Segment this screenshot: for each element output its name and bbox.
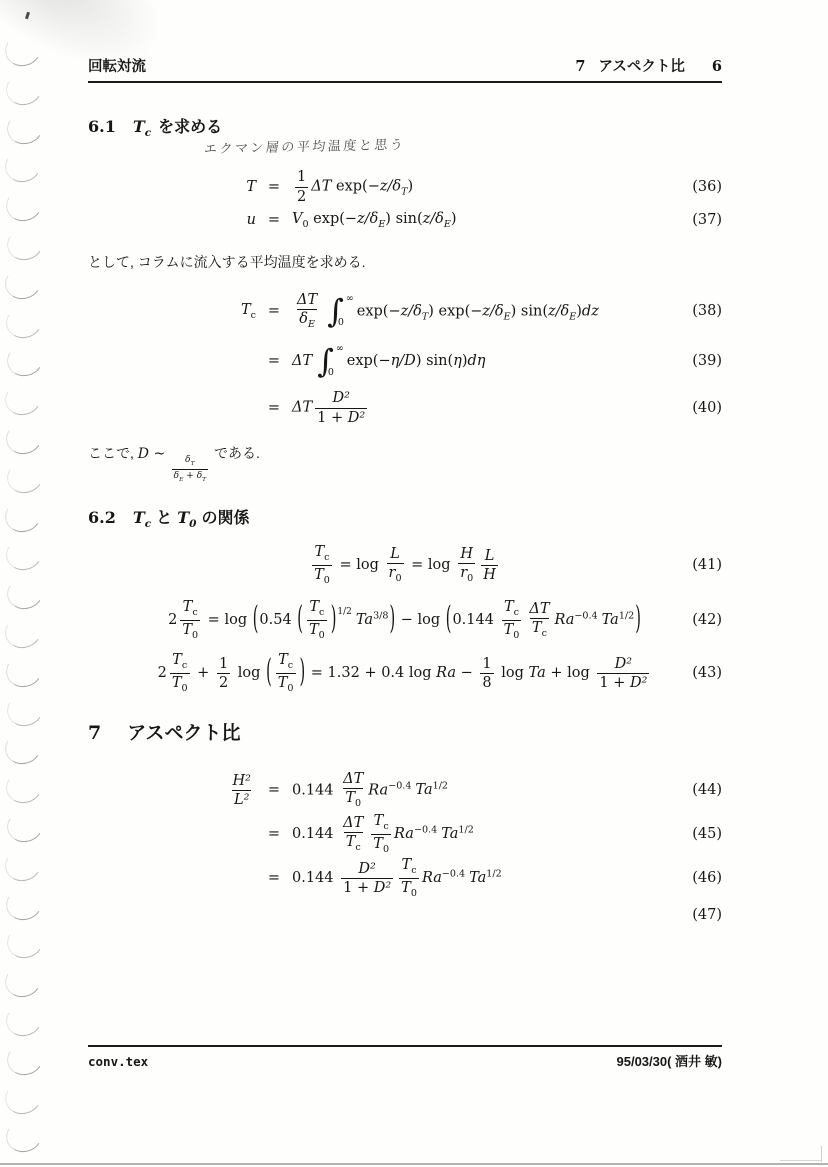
math-subscript: c — [192, 607, 197, 618]
math-token: Ra — [394, 826, 414, 842]
fraction: D²1 + D² — [597, 656, 649, 691]
math-token: T — [401, 880, 411, 896]
frac-numerator: Tc — [181, 599, 200, 620]
frac-numerator: ΔT — [341, 815, 365, 832]
frac-numerator: ΔT — [527, 601, 551, 618]
fraction: D²1 + D² — [315, 390, 367, 425]
frac-numerator: D² — [613, 656, 634, 673]
math-token: Tc — [133, 508, 151, 530]
math-token: exp(− — [331, 179, 379, 195]
header-rule — [88, 81, 722, 83]
math-token: = log — [203, 612, 252, 628]
math-superscript: −0.4 — [574, 610, 597, 621]
fraction: TcT0 — [180, 599, 200, 641]
frac-numerator: 1 — [295, 169, 308, 186]
binding-hole — [2, 379, 45, 419]
scan-bottom-edge — [0, 1163, 828, 1165]
math-subscript: T — [191, 460, 195, 467]
binding-hole — [4, 923, 47, 963]
binding-hole — [2, 147, 45, 187]
math-token: T — [373, 836, 383, 852]
math-token: T — [133, 117, 145, 136]
math-token: ) — [408, 179, 414, 195]
math-subscript: 0 — [324, 575, 330, 586]
equation-number: (42) — [692, 611, 722, 629]
equation-number: (47) — [692, 906, 722, 924]
math-token: 1 + — [599, 675, 630, 691]
equation-rhs: ΔTδE∫∞0exp(−z/δT) exp(−z/δE) sin(z/δE)dz — [292, 292, 599, 331]
binding-hole — [4, 224, 47, 264]
math-token: T — [345, 790, 355, 806]
math-superscript: −0.4 — [414, 824, 437, 835]
fraction: 18 — [480, 656, 493, 691]
math-subscript: 0 — [181, 683, 187, 694]
binding-hole — [3, 1000, 46, 1040]
math-token: 2 — [158, 665, 167, 681]
equals-sign: = — [256, 781, 292, 799]
math-subscript: c — [145, 518, 151, 530]
math-token: 0.144 — [292, 782, 338, 798]
frac-numerator: D² — [356, 861, 377, 878]
equation-41: TcT0 = log Lr0 = log Hr0LH (41) — [88, 544, 722, 586]
math-subscript: c — [355, 842, 360, 853]
math-subscript: c — [383, 821, 388, 832]
math-subscript: c — [288, 660, 293, 671]
equation-number: (40) — [692, 399, 722, 417]
binding-hole — [4, 806, 47, 846]
math-token: T — [278, 652, 288, 668]
math-token: Ta — [415, 782, 432, 798]
equation-39: =ΔT∫∞0exp(−η/D) sin(η)dη (39) — [88, 337, 722, 385]
equation-45: =0.144 ΔTTcTcT0Ra−0.4Ta1/2 (45) — [88, 813, 722, 855]
frac-denominator: T0 — [180, 620, 200, 642]
equals-sign: = — [256, 825, 292, 843]
math-subscript: 0 — [467, 573, 473, 584]
math-token: + — [183, 471, 196, 481]
binding-hole — [4, 690, 47, 730]
equation-42: 2TcT0 = log (0.54 (TcT0)1/2Ta3/8) − log … — [88, 592, 722, 648]
paragraph: ここで, D ~ δTδE + δT である. — [88, 443, 722, 483]
math-token: T — [133, 508, 145, 527]
math-token: T — [374, 813, 384, 829]
header-right: 7アスペクト比6 — [575, 55, 722, 76]
equals-sign: = — [256, 352, 292, 370]
math-token: + log — [546, 665, 595, 681]
equals-sign: = — [256, 399, 292, 417]
frac-denominator: T0 — [502, 620, 522, 642]
frac-numerator: L — [388, 546, 402, 563]
math-token: dη — [468, 353, 486, 369]
equation-44: H²L²=0.144 ΔTT0Ra−0.4Ta1/2 (44) — [88, 767, 722, 813]
math-token: 0.54 — [259, 612, 296, 628]
frac-numerator: Tc — [372, 813, 391, 834]
math-token: T — [172, 652, 182, 668]
math-token: ΔT — [311, 179, 331, 195]
math-subscript: E — [504, 311, 511, 322]
integral-lower-limit: 0 — [338, 317, 354, 329]
frac-denominator: 1 + D² — [341, 878, 393, 896]
section-heading-7: 7アスペクト比 — [88, 718, 722, 745]
math-subscript: c — [514, 607, 519, 618]
math-token: u — [247, 212, 256, 228]
math-subscript: c — [145, 127, 151, 139]
frac-denominator: 1 + D² — [315, 408, 367, 426]
math-token: T — [309, 622, 319, 638]
fraction: δTδE + δT — [172, 455, 208, 483]
math-token: D² — [348, 410, 365, 426]
math-token: T — [309, 599, 319, 615]
binding-hole — [2, 1078, 45, 1118]
integral-upper-limit: ∞ — [336, 343, 344, 355]
math-superscript: 1/2 — [458, 824, 473, 835]
frac-numerator: D² — [330, 390, 351, 407]
math-subscript: E — [308, 319, 315, 330]
fraction: TcT0 — [399, 857, 419, 899]
math-token: log — [497, 665, 529, 681]
fraction: TcT0 — [502, 599, 522, 641]
equation-number: (44) — [692, 781, 722, 799]
math-subscript: 0 — [192, 630, 198, 641]
math-token: ) — [451, 211, 457, 227]
frac-denominator: 2 — [295, 187, 308, 205]
equation-rhs: 12ΔT exp(−z/δT) — [292, 169, 413, 204]
equation-rhs: V0 exp(−z/δE) sin(z/δE) — [292, 210, 457, 231]
section-heading-6-2: 6.2TcとT0の関係 — [88, 505, 722, 530]
math-token: Ra — [422, 870, 442, 886]
frac-numerator: ΔT — [295, 292, 319, 309]
math-token: 1 + — [343, 880, 374, 896]
integral-limits: ∞0 — [344, 293, 354, 329]
fraction: TcT0 — [170, 652, 190, 694]
equation-37: u=V0 exp(−z/δE) sin(z/δE) (37) — [88, 205, 722, 235]
footer-filename: conv.tex — [88, 1054, 148, 1069]
binding-hole — [3, 651, 46, 691]
frac-denominator: T0 — [399, 878, 419, 900]
math-token: ) exp(− — [428, 303, 482, 319]
frac-numerator: δT — [183, 455, 196, 468]
frac-denominator: r0 — [458, 563, 475, 585]
math-token: ) sin( — [511, 303, 548, 319]
binding-hole — [3, 884, 46, 924]
math-token: Tc — [133, 117, 151, 139]
integral-upper-limit: ∞ — [346, 293, 354, 305]
frac-denominator: T0 — [170, 673, 190, 695]
frac-denominator: 2 — [217, 673, 230, 691]
math-token: ΔT — [292, 400, 312, 416]
math-token: z/δ — [401, 303, 422, 319]
math-token: Ta — [529, 665, 546, 681]
equation-rhs: 0.144 ΔTTcTcT0Ra−0.4Ta1/2 — [292, 813, 474, 855]
fraction: 12 — [295, 169, 308, 204]
math-subscript: 0 — [319, 630, 325, 641]
binding-hole — [3, 767, 46, 807]
big-paren: ( — [266, 653, 272, 693]
math-subscript: c — [182, 660, 187, 671]
math-token: T — [278, 675, 288, 691]
fraction: TcT0 — [307, 599, 327, 641]
math-token: Ta — [441, 826, 458, 842]
frac-numerator: Tc — [276, 652, 295, 673]
math-token: D² — [374, 880, 391, 896]
frac-numerator: Tc — [307, 599, 326, 620]
equals-sign: = — [256, 869, 292, 887]
math-token: exp(− — [309, 211, 357, 227]
math-token: 1.32 + 0.4 log — [328, 665, 437, 681]
big-paren: ) — [300, 653, 306, 693]
equation-body: 2TcT0 = log (0.54 (TcT0)1/2Ta3/8) − log … — [168, 599, 642, 641]
math-token: T — [246, 179, 256, 195]
fraction: ΔTδE — [295, 292, 319, 331]
math-token: T — [183, 599, 193, 615]
footer-rule — [88, 1045, 722, 1047]
math-token: T — [402, 857, 412, 873]
math-token: D — [138, 446, 149, 462]
math-token: 0.144 — [292, 870, 338, 886]
binding-hole — [4, 108, 47, 148]
frac-numerator: 1 — [480, 656, 493, 673]
math-token: 0.144 — [452, 612, 498, 628]
binding-hole — [4, 1039, 47, 1079]
frac-denominator: H — [481, 565, 498, 583]
fraction: ΔTTc — [341, 815, 365, 854]
equation-lhs: u — [88, 211, 256, 229]
binding-hole — [3, 418, 46, 458]
math-subscript: c — [411, 865, 416, 876]
equation-number: (45) — [692, 825, 722, 843]
math-token: ) sin( — [385, 211, 422, 227]
text-run: ここで, — [88, 445, 138, 461]
fraction: ΔTT0 — [341, 771, 365, 810]
math-superscript: −0.4 — [442, 868, 465, 879]
math-token: ) sin( — [416, 353, 453, 369]
integral: ∫∞0 — [317, 343, 344, 379]
frac-denominator: δE — [297, 309, 317, 331]
frac-denominator: T0 — [371, 834, 391, 856]
fraction: Hr0 — [458, 546, 475, 585]
fraction: TcT0 — [371, 813, 391, 855]
math-token: T — [532, 620, 542, 636]
math-token: η/D — [391, 353, 416, 369]
binding-hole — [2, 961, 45, 1001]
math-subscript: E — [444, 219, 451, 230]
fraction: H²L² — [231, 773, 253, 808]
big-paren: ) — [635, 600, 641, 640]
handwritten-annotation: エクマン層の平均温度と思う — [203, 134, 406, 158]
section-number: 6.2 — [88, 508, 116, 527]
equation-number: (46) — [692, 869, 722, 887]
frac-numerator: L — [483, 548, 497, 565]
section-title-text: の関係 — [201, 505, 249, 528]
section-title-text: と — [156, 505, 172, 528]
equation-body: 2TcT0 + 12 log (TcT0) = 1.32 + 0.4 log R… — [158, 652, 653, 694]
math-token: T — [504, 599, 514, 615]
math-token: Ra — [368, 782, 388, 798]
frac-denominator: T0 — [276, 673, 296, 695]
equation-number: (39) — [692, 352, 722, 370]
equation-lhs: H²L² — [88, 773, 256, 808]
section-title-text: アスペクト比 — [127, 718, 240, 745]
math-superscript: 1/2 — [486, 868, 501, 879]
math-token: z/δ — [380, 179, 401, 195]
math-token: − log — [396, 612, 445, 628]
frac-numerator: H² — [231, 773, 253, 790]
math-token: = log — [407, 557, 456, 573]
paragraph: として, コラムに流入する平均温度を求める. — [88, 252, 722, 273]
big-paren: ) — [331, 600, 337, 640]
math-subscript: c — [319, 607, 324, 618]
frac-denominator: L² — [232, 790, 251, 808]
frac-numerator: Tc — [312, 544, 331, 565]
math-subscript: 0 — [355, 798, 361, 809]
equation-43: 2TcT0 + 12 log (TcT0) = 1.32 + 0.4 log R… — [88, 648, 722, 698]
math-token: 1 + — [317, 410, 348, 426]
math-token: 0.144 — [292, 826, 338, 842]
math-token: exp(− — [347, 353, 391, 369]
math-token: V — [292, 211, 302, 227]
math-superscript: 1/2 — [433, 780, 448, 791]
binding-hole — [4, 573, 47, 613]
math-superscript: 3/8 — [373, 610, 388, 621]
math-token: z/δ — [482, 303, 503, 319]
fraction: TcT0 — [276, 652, 296, 694]
math-token: T — [504, 622, 514, 638]
big-paren: ( — [446, 600, 452, 640]
big-paren: ) — [389, 600, 395, 640]
section-title-text: を求める — [158, 114, 222, 137]
math-token: z/δ — [423, 211, 444, 227]
header-section-title: アスペクト比 — [598, 55, 684, 76]
equation-number: (43) — [692, 664, 722, 682]
math-subscript: 0 — [411, 888, 417, 899]
fraction: Lr0 — [387, 546, 404, 585]
equation-rhs: 0.144 ΔTT0Ra−0.4Ta1/2 — [292, 771, 448, 810]
math-superscript: 1/2 — [337, 607, 351, 617]
frac-denominator: Tc — [344, 832, 363, 854]
math-subscript: 0 — [395, 573, 401, 584]
equation-40: =ΔTD²1 + D² (40) — [88, 385, 722, 431]
equation-number: (41) — [692, 556, 722, 574]
math-token: exp(− — [357, 303, 401, 319]
math-token: T — [241, 302, 251, 318]
header-section-number: 7 — [575, 58, 585, 75]
frac-denominator: Tc — [530, 618, 549, 640]
section-number: 6.1 — [88, 117, 116, 136]
equation-number: (36) — [692, 178, 722, 196]
math-token: ΔT — [292, 353, 312, 369]
equation-47: (47) — [88, 901, 722, 929]
math-token: η — [453, 353, 462, 369]
math-superscript: 1/2 — [619, 610, 634, 621]
frac-denominator: T0 — [307, 620, 327, 642]
equation-36: T=12ΔT exp(−z/δT) (36) — [88, 169, 722, 205]
equation-number: (38) — [692, 302, 722, 320]
frac-denominator: 1 + D² — [597, 673, 649, 691]
binding-hole — [2, 845, 45, 885]
binding-hole — [3, 302, 46, 342]
equals-sign: = — [256, 211, 292, 229]
big-paren: ( — [297, 600, 303, 640]
binding-hole — [3, 1117, 46, 1157]
binding-holes — [0, 0, 60, 1167]
math-token: dz — [582, 303, 599, 319]
math-subscript: 0 — [287, 683, 293, 694]
frac-numerator: Tc — [170, 652, 189, 673]
fraction: D²1 + D² — [341, 861, 393, 896]
frac-numerator: Tc — [400, 857, 419, 878]
math-subscript: c — [324, 552, 329, 563]
frac-numerator: ΔT — [341, 771, 365, 788]
math-token: = log — [335, 557, 384, 573]
footer-row: conv.tex 95/03/30( 酒井 敏) — [88, 1051, 722, 1070]
integral-limits: ∞0 — [334, 343, 344, 379]
math-token: = — [306, 665, 327, 681]
math-token: Ta — [602, 612, 619, 628]
header-page-number: 6 — [712, 58, 722, 75]
section-number: 7 — [88, 722, 101, 744]
math-subscript: c — [542, 628, 547, 639]
math-token: log — [233, 665, 265, 681]
math-token: T0 — [177, 508, 196, 530]
math-superscript: −0.4 — [388, 780, 411, 791]
frac-numerator: H — [458, 546, 475, 563]
math-token: T — [177, 508, 189, 527]
fraction: 12 — [217, 656, 230, 691]
math-token: Ra — [555, 612, 575, 628]
frac-numerator: 1 — [217, 656, 230, 673]
math-token: Ra — [436, 665, 456, 681]
binding-hole — [2, 612, 45, 652]
frac-denominator: T0 — [343, 788, 363, 810]
math-token: T — [314, 567, 324, 583]
equals-sign: = — [256, 178, 292, 196]
integral: ∫∞0 — [327, 293, 354, 329]
binding-hole — [2, 496, 45, 536]
math-token: T — [182, 622, 192, 638]
footer-date-author: 95/03/30( 酒井 敏) — [617, 1051, 723, 1070]
equation-rhs: ΔTD²1 + D² — [292, 390, 370, 425]
equation-body: TcT0 = log Lr0 = log Hr0LH — [309, 544, 501, 586]
math-subscript: 0 — [513, 630, 519, 641]
math-token: Ta — [469, 870, 486, 886]
equation-rhs: 0.144 D²1 + D²TcT0Ra−0.4Ta1/2 — [292, 857, 502, 899]
frac-denominator: r0 — [387, 563, 404, 585]
equation-lhs: T — [88, 178, 256, 196]
math-subscript: 0 — [189, 518, 196, 530]
equation-rhs: ΔT∫∞0exp(−η/D) sin(η)dη — [292, 343, 486, 379]
binding-hole — [2, 30, 45, 70]
math-subscript: 0 — [383, 844, 389, 855]
math-token: − — [456, 665, 477, 681]
frac-denominator: T0 — [312, 565, 332, 587]
math-token: Ta — [356, 612, 373, 628]
binding-hole — [4, 457, 47, 497]
fraction: TcT0 — [312, 544, 332, 586]
fraction: LH — [481, 548, 498, 583]
integral-lower-limit: 0 — [328, 367, 344, 379]
text-run: である. — [210, 445, 260, 461]
equation-46: =0.144 D²1 + D²TcT0Ra−0.4Ta1/2 (46) — [88, 855, 722, 901]
page-footer: conv.tex 95/03/30( 酒井 敏) — [88, 1045, 722, 1070]
equation-lhs: Tc — [88, 301, 256, 322]
binding-hole — [3, 185, 46, 225]
math-token: + — [193, 665, 214, 681]
math-token: T — [346, 834, 356, 850]
big-paren: ( — [253, 600, 259, 640]
scanned-page: 回転対流 7アスペクト比6 6.1Tcを求める エクマン層の平均温度と思う T=… — [0, 0, 828, 1167]
math-token: T — [314, 544, 324, 560]
equation-number: (37) — [692, 211, 722, 229]
frac-numerator: Tc — [502, 599, 521, 620]
